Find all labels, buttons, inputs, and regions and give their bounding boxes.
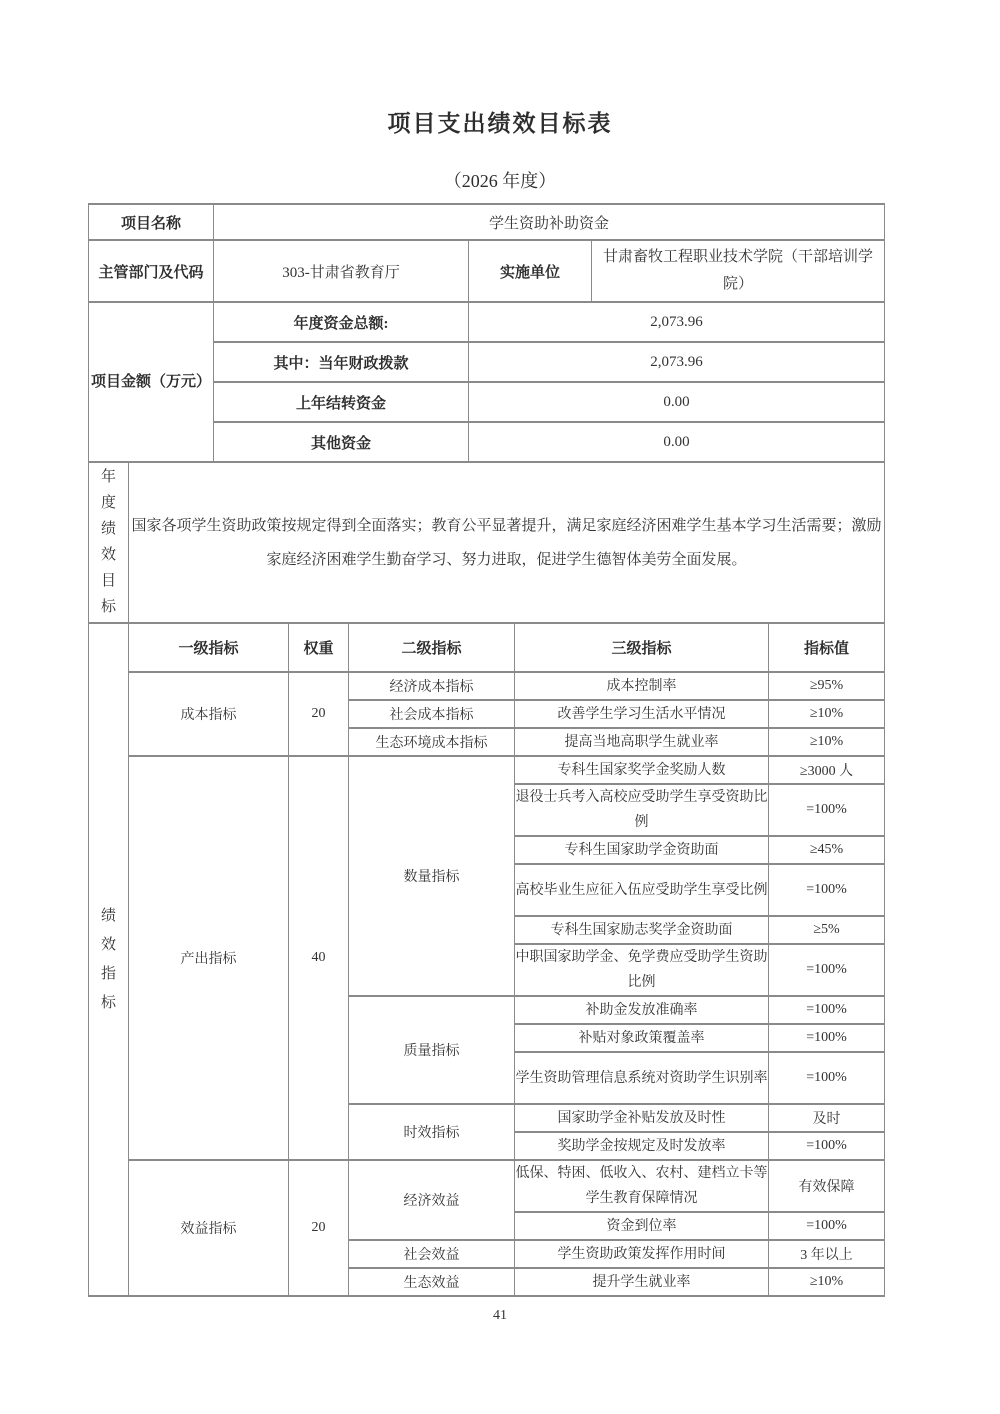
- weight-cell: 40: [289, 756, 349, 1160]
- value-cell: =100%: [769, 944, 885, 996]
- side-label-chars: 绩 效 指 标: [89, 902, 128, 1018]
- level1-cell: 效益指标: [129, 1160, 289, 1296]
- value-cell: =100%: [769, 996, 885, 1024]
- amount-row-value: 2,073.96: [469, 342, 885, 382]
- annual-goal-char: 目: [101, 574, 116, 589]
- value-cell: ≥10%: [769, 1268, 885, 1296]
- dept-row: 主管部门及代码 303-甘肃省教育厅 实施单位 甘肃畜牧工程职业技术学院（干部培…: [89, 240, 885, 302]
- value-cell: ≥95%: [769, 672, 885, 700]
- level3-cell: 低保、特困、低收入、农村、建档立卡等学生教育保障情况: [515, 1160, 769, 1212]
- header-weight: 权重: [289, 624, 349, 672]
- value-cell: 3 年以上: [769, 1240, 885, 1268]
- annual-goal-char: 绩: [101, 522, 116, 537]
- level3-cell: 中职国家助学金、免学费应受助学生资助比例: [515, 944, 769, 996]
- amount-row: 项目金额（万元） 年度资金总额: 2,073.96: [89, 302, 885, 342]
- level3-cell: 资金到位率: [515, 1212, 769, 1240]
- amount-row-value: 2,073.96: [469, 302, 885, 342]
- project-info-table: 项目名称 学生资助补助资金 主管部门及代码 303-甘肃省教育厅 实施单位 甘肃…: [88, 203, 885, 463]
- side-label-char: 标: [101, 996, 116, 1011]
- level3-cell: 改善学生学习生活水平情况: [515, 700, 769, 728]
- amount-row-value: 0.00: [469, 382, 885, 422]
- impl-unit-label: 实施单位: [469, 240, 592, 302]
- side-label: 绩 效 指 标: [89, 624, 129, 1296]
- amount-row-label: 其中：当年财政拨款: [214, 342, 469, 382]
- value-cell: =100%: [769, 784, 885, 836]
- annual-goal-label-chars: 年 度 绩 效 目 标: [89, 465, 128, 621]
- level3-cell: 补贴对象政策覆盖率: [515, 1024, 769, 1052]
- level2-cell: 质量指标: [349, 996, 515, 1104]
- dept-code-label: 主管部门及代码: [89, 240, 214, 302]
- level2-cell: 时效指标: [349, 1104, 515, 1160]
- level3-cell: 补助金发放准确率: [515, 996, 769, 1024]
- level2-cell: 社会效益: [349, 1240, 515, 1268]
- header-value: 指标值: [769, 624, 885, 672]
- header-level1: 一级指标: [129, 624, 289, 672]
- side-label-char: 效: [101, 938, 116, 953]
- annual-goal-char: 年: [101, 470, 116, 485]
- amount-row-label: 上年结转资金: [214, 382, 469, 422]
- side-label-char: 绩: [101, 909, 116, 924]
- annual-goal-char: 标: [101, 600, 116, 615]
- indicator-header-row: 绩 效 指 标 一级指标 权重 二级指标 三级指标 指标值: [89, 624, 885, 672]
- level2-cell: 生态效益: [349, 1268, 515, 1296]
- value-cell: ≥45%: [769, 836, 885, 864]
- annual-goal-char: 度: [101, 496, 116, 511]
- header-level3: 三级指标: [515, 624, 769, 672]
- value-cell: ≥5%: [769, 916, 885, 944]
- level3-cell: 学生资助管理信息系统对资助学生识别率: [515, 1052, 769, 1104]
- value-cell: =100%: [769, 864, 885, 916]
- project-name-row: 项目名称 学生资助补助资金: [89, 204, 885, 240]
- value-cell: 及时: [769, 1104, 885, 1132]
- project-amount-label: 项目金额（万元）: [89, 302, 214, 462]
- project-name-label: 项目名称: [89, 204, 214, 240]
- page-subtitle: （2026 年度）: [0, 167, 1000, 193]
- level2-cell: 生态环境成本指标: [349, 728, 515, 756]
- level3-cell: 提升学生就业率: [515, 1268, 769, 1296]
- performance-indicator-table: 绩 效 指 标 一级指标 权重 二级指标 三级指标 指标值 成本指标 20 经济…: [88, 624, 885, 1297]
- level2-cell: 经济效益: [349, 1160, 515, 1240]
- level3-cell: 学生资助政策发挥作用时间: [515, 1240, 769, 1268]
- level3-cell: 国家助学金补贴发放及时性: [515, 1104, 769, 1132]
- value-cell: =100%: [769, 1052, 885, 1104]
- value-cell: =100%: [769, 1132, 885, 1160]
- weight-cell: 20: [289, 672, 349, 756]
- amount-row-label: 其他资金: [214, 422, 469, 462]
- value-cell: ≥10%: [769, 700, 885, 728]
- level2-cell: 社会成本指标: [349, 700, 515, 728]
- header-level2: 二级指标: [349, 624, 515, 672]
- value-cell: ≥3000 人: [769, 756, 885, 784]
- indicator-row: 效益指标 20 经济效益 低保、特困、低收入、农村、建档立卡等学生教育保障情况 …: [89, 1160, 885, 1212]
- level3-cell: 专科生国家励志奖学金资助面: [515, 916, 769, 944]
- value-cell: =100%: [769, 1212, 885, 1240]
- annual-goal-char: 效: [101, 548, 116, 563]
- annual-goal-text: 国家各项学生资助政策按规定得到全面落实；教育公平显著提升，满足家庭经济困难学生基…: [129, 463, 885, 623]
- level2-cell: 经济成本指标: [349, 672, 515, 700]
- value-cell: 有效保障: [769, 1160, 885, 1212]
- annual-goal-row: 年 度 绩 效 目 标 国家各项学生资助政策按规定得到全面落实；教育公平显著提升…: [89, 463, 885, 623]
- dept-code-value: 303-甘肃省教育厅: [214, 240, 469, 302]
- annual-goal-label: 年 度 绩 效 目 标: [89, 463, 129, 623]
- indicator-row: 产出指标 40 数量指标 专科生国家奖学金奖励人数 ≥3000 人: [89, 756, 885, 784]
- project-name-value: 学生资助补助资金: [214, 204, 885, 240]
- impl-unit-value: 甘肃畜牧工程职业技术学院（干部培训学院）: [592, 240, 885, 302]
- level3-cell: 高校毕业生应征入伍应受助学生享受比例: [515, 864, 769, 916]
- level2-cell: 数量指标: [349, 756, 515, 996]
- document-page: 项目支出绩效目标表 （2026 年度） 项目名称 学生资助补助资金 主管部门及代…: [0, 0, 1000, 1414]
- level1-cell: 产出指标: [129, 756, 289, 1160]
- page-title: 项目支出绩效目标表: [0, 112, 1000, 136]
- page-number: 41: [0, 1308, 1000, 1324]
- value-cell: ≥10%: [769, 728, 885, 756]
- side-label-char: 指: [101, 967, 116, 982]
- indicator-row: 成本指标 20 经济成本指标 成本控制率 ≥95%: [89, 672, 885, 700]
- amount-row-value: 0.00: [469, 422, 885, 462]
- level3-cell: 提高当地高职学生就业率: [515, 728, 769, 756]
- level3-cell: 专科生国家助学金资助面: [515, 836, 769, 864]
- level1-cell: 成本指标: [129, 672, 289, 756]
- value-cell: =100%: [769, 1024, 885, 1052]
- amount-row-label: 年度资金总额:: [214, 302, 469, 342]
- level3-cell: 成本控制率: [515, 672, 769, 700]
- level3-cell: 奖助学金按规定及时发放率: [515, 1132, 769, 1160]
- level3-cell: 专科生国家奖学金奖励人数: [515, 756, 769, 784]
- level3-cell: 退役士兵考入高校应受助学生享受资助比例: [515, 784, 769, 836]
- weight-cell: 20: [289, 1160, 349, 1296]
- annual-goal-section: 年 度 绩 效 目 标 国家各项学生资助政策按规定得到全面落实；教育公平显著提升…: [88, 463, 885, 624]
